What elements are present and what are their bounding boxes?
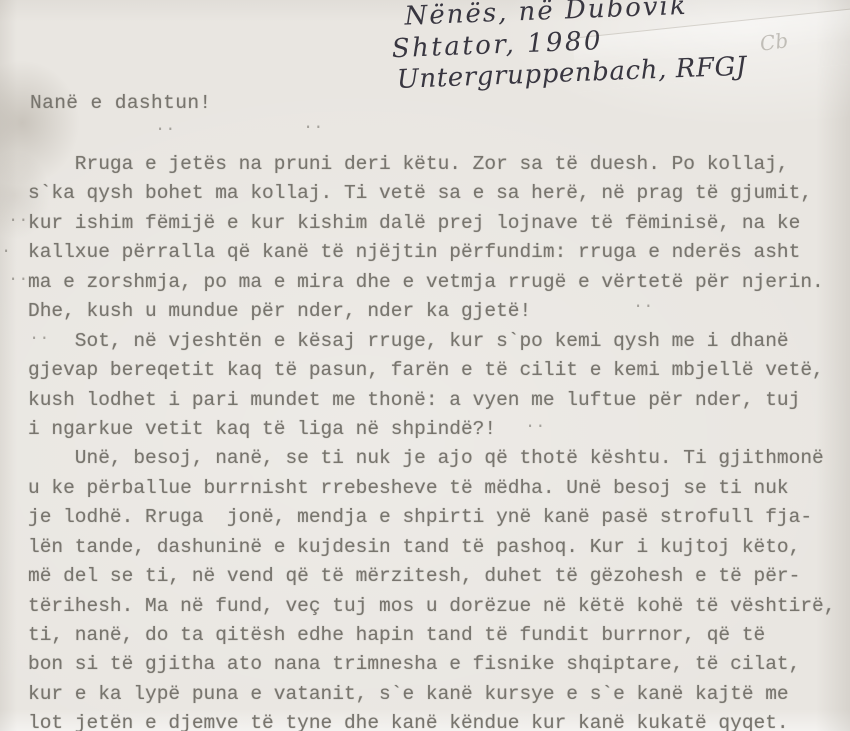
pencil-mark: Cb [759, 32, 789, 53]
stray-type-dots: .. [525, 415, 545, 432]
stray-type-dots: .. [155, 118, 175, 135]
stray-type-dots: . [1, 240, 11, 257]
letter-line: Rruga e jetës na pruni deri këtu. Zor sa… [28, 150, 835, 179]
letter-line: i ngarkue vetit kaq të liga në shpindë?! [28, 415, 835, 444]
letter-line: kur ishim fëmijë e kur kishim dalë prej … [28, 209, 835, 238]
letter-line: s`ka qysh bohet ma kollaj. Ti vetë sa e … [28, 179, 835, 208]
letter-body: Rruga e jetës na pruni deri këtu. Zor sa… [28, 150, 835, 731]
letter-line: kush lodhet i pari mundet me thonë: a vy… [28, 386, 835, 415]
letter-line: lën tande, dashuninë e kujdesin tand të … [28, 533, 835, 562]
letter-line: kallxue përralla që kanë të njëjtin përf… [28, 238, 835, 267]
letter-line: më del se ti, në vend që të mërzitesh, d… [28, 562, 835, 591]
stray-type-dots: .. [633, 295, 653, 312]
letter-line: gjevap bereqetit kaq të pasun, farën e t… [28, 356, 835, 385]
letter-line: Unë, besoj, nanë, se ti nuk je ajo që th… [28, 444, 835, 473]
letter-line: ma e zorshmja, po ma e mira dhe e vetmja… [28, 268, 835, 297]
letter-line: ti, nanë, do ta qitësh edhe hapin tand t… [28, 621, 835, 650]
letter-line: lot jetën e djemve të tyne dhe kanë kënd… [28, 709, 835, 731]
letter-line: Dhe, kush u mundue për nder, nder ka gje… [28, 297, 835, 326]
letter-line: tërihesh. Ma në fund, veç tuj mos u dorë… [28, 592, 835, 621]
scanned-letter-page: Nënës, në DubovikShtator, 1980Untergrupp… [0, 0, 850, 731]
letter-line: Sot, në vjeshtën e kësaj rruge, kur s`po… [28, 327, 835, 356]
letter-line: u ke përballue burrnisht rrebesheve të m… [28, 474, 835, 503]
letter-line: je lodhë. Rruga jonë, mendja e shpirti y… [28, 503, 835, 532]
stray-type-dots: .. [8, 209, 28, 226]
stray-type-dots: .. [8, 268, 28, 285]
stray-type-dots: .. [29, 327, 49, 344]
letter-line: bon si të gjitha ato nana trimnesha e fi… [28, 650, 835, 679]
stray-type-dots: .. [303, 116, 323, 133]
letter-salutation: Nanë e dashtun! [30, 92, 212, 114]
handwritten-header: Nënës, në DubovikShtator, 1980Untergrupp… [396, 0, 748, 96]
letter-line: kur e ka lypë puna e vatanit, s`e kanë k… [28, 680, 835, 709]
